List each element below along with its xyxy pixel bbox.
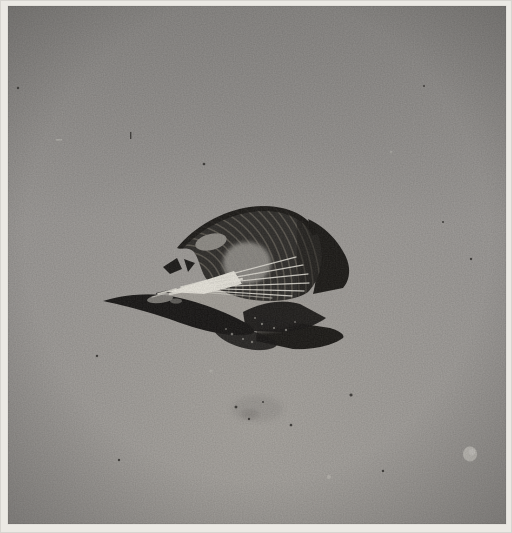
vignette-overlay	[8, 6, 506, 524]
photo-print	[0, 0, 512, 533]
photograph	[0, 0, 512, 533]
